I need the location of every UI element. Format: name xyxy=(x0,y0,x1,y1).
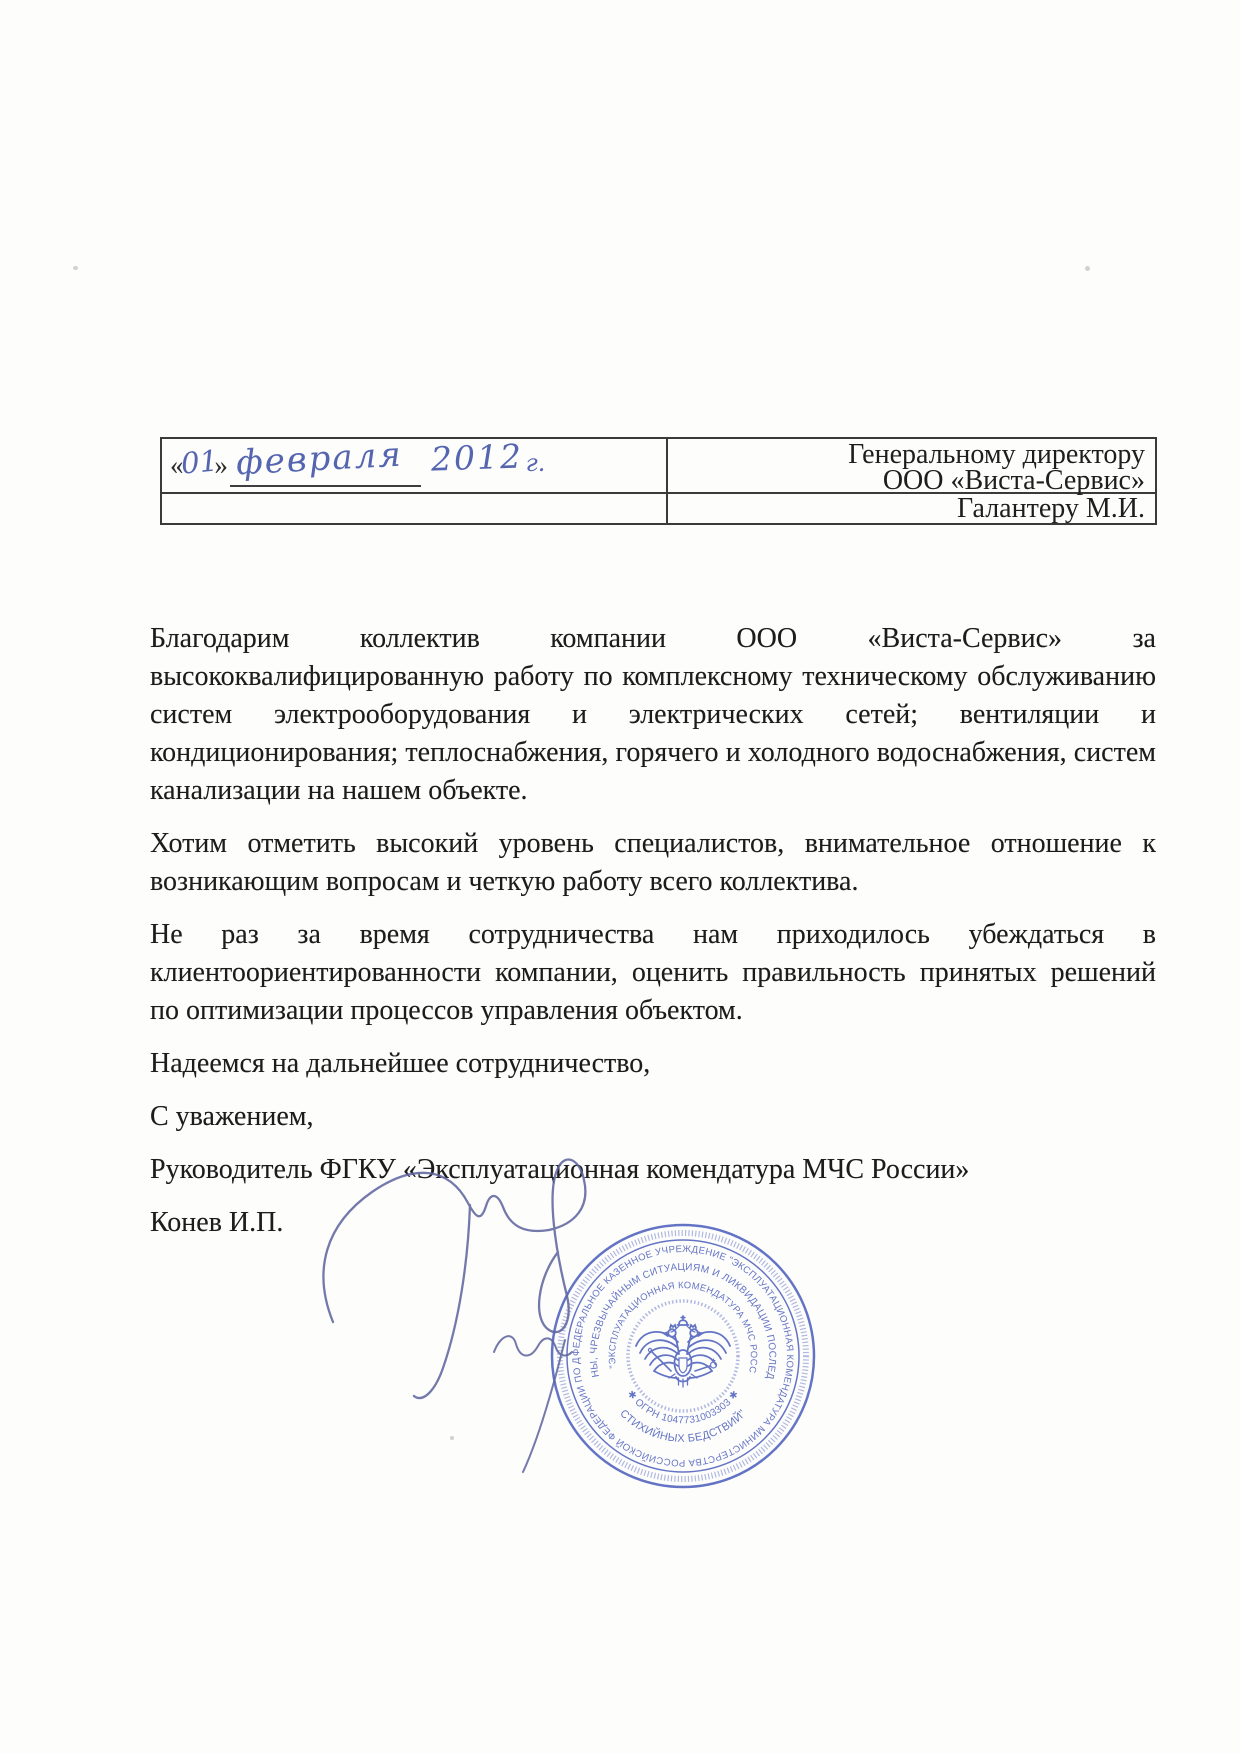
date-cell: «01»февраля2012г. xyxy=(162,439,668,494)
handwritten-signature xyxy=(323,1159,585,1472)
addressee-cell: Генеральному директору ООО «Виста-Сервис… xyxy=(668,439,1155,494)
empty-cell xyxy=(162,494,668,523)
date-underline: февраля xyxy=(230,443,421,487)
date-day-handwritten: 01 xyxy=(179,443,219,480)
scan-speckle xyxy=(1085,266,1090,271)
scan-speckle xyxy=(73,266,78,270)
header-table: «01»февраля2012г. Генеральному директору… xyxy=(160,437,1157,525)
date-month-handwritten: февраля xyxy=(235,435,404,484)
body-paragraph: Благодарим коллектив компании ООО «Виста… xyxy=(150,620,1156,810)
date-year-suffix: г. xyxy=(526,449,546,477)
date-year-handwritten: 2012 xyxy=(430,436,523,478)
stamp-and-signature-area: ФЕДЕРАЛЬНОЕ КАЗЕННОЕ УЧРЕЖДЕНИЕ "ЭКСПЛУА… xyxy=(250,1030,880,1530)
body-paragraph: Не раз за время сотрудничества нам прихо… xyxy=(150,916,1156,1030)
addressee-line-3: Галантеру М.И. xyxy=(668,495,1145,522)
double-headed-eagle-emblem xyxy=(636,1316,730,1387)
body-paragraph: Хотим отметить высокий уровень специалис… xyxy=(150,825,1156,901)
letter-page: «01»февраля2012г. Генеральному директору… xyxy=(0,0,1240,1754)
date-line: «01»февраля2012г. xyxy=(170,450,545,480)
addressee-line-2: ООО «Виста-Сервис» xyxy=(668,468,1145,494)
round-seal-stamp: ФЕДЕРАЛЬНОЕ КАЗЕННОЕ УЧРЕЖДЕНИЕ "ЭКСПЛУА… xyxy=(552,1225,814,1487)
addressee-name-cell: Галантеру М.И. xyxy=(668,494,1155,523)
